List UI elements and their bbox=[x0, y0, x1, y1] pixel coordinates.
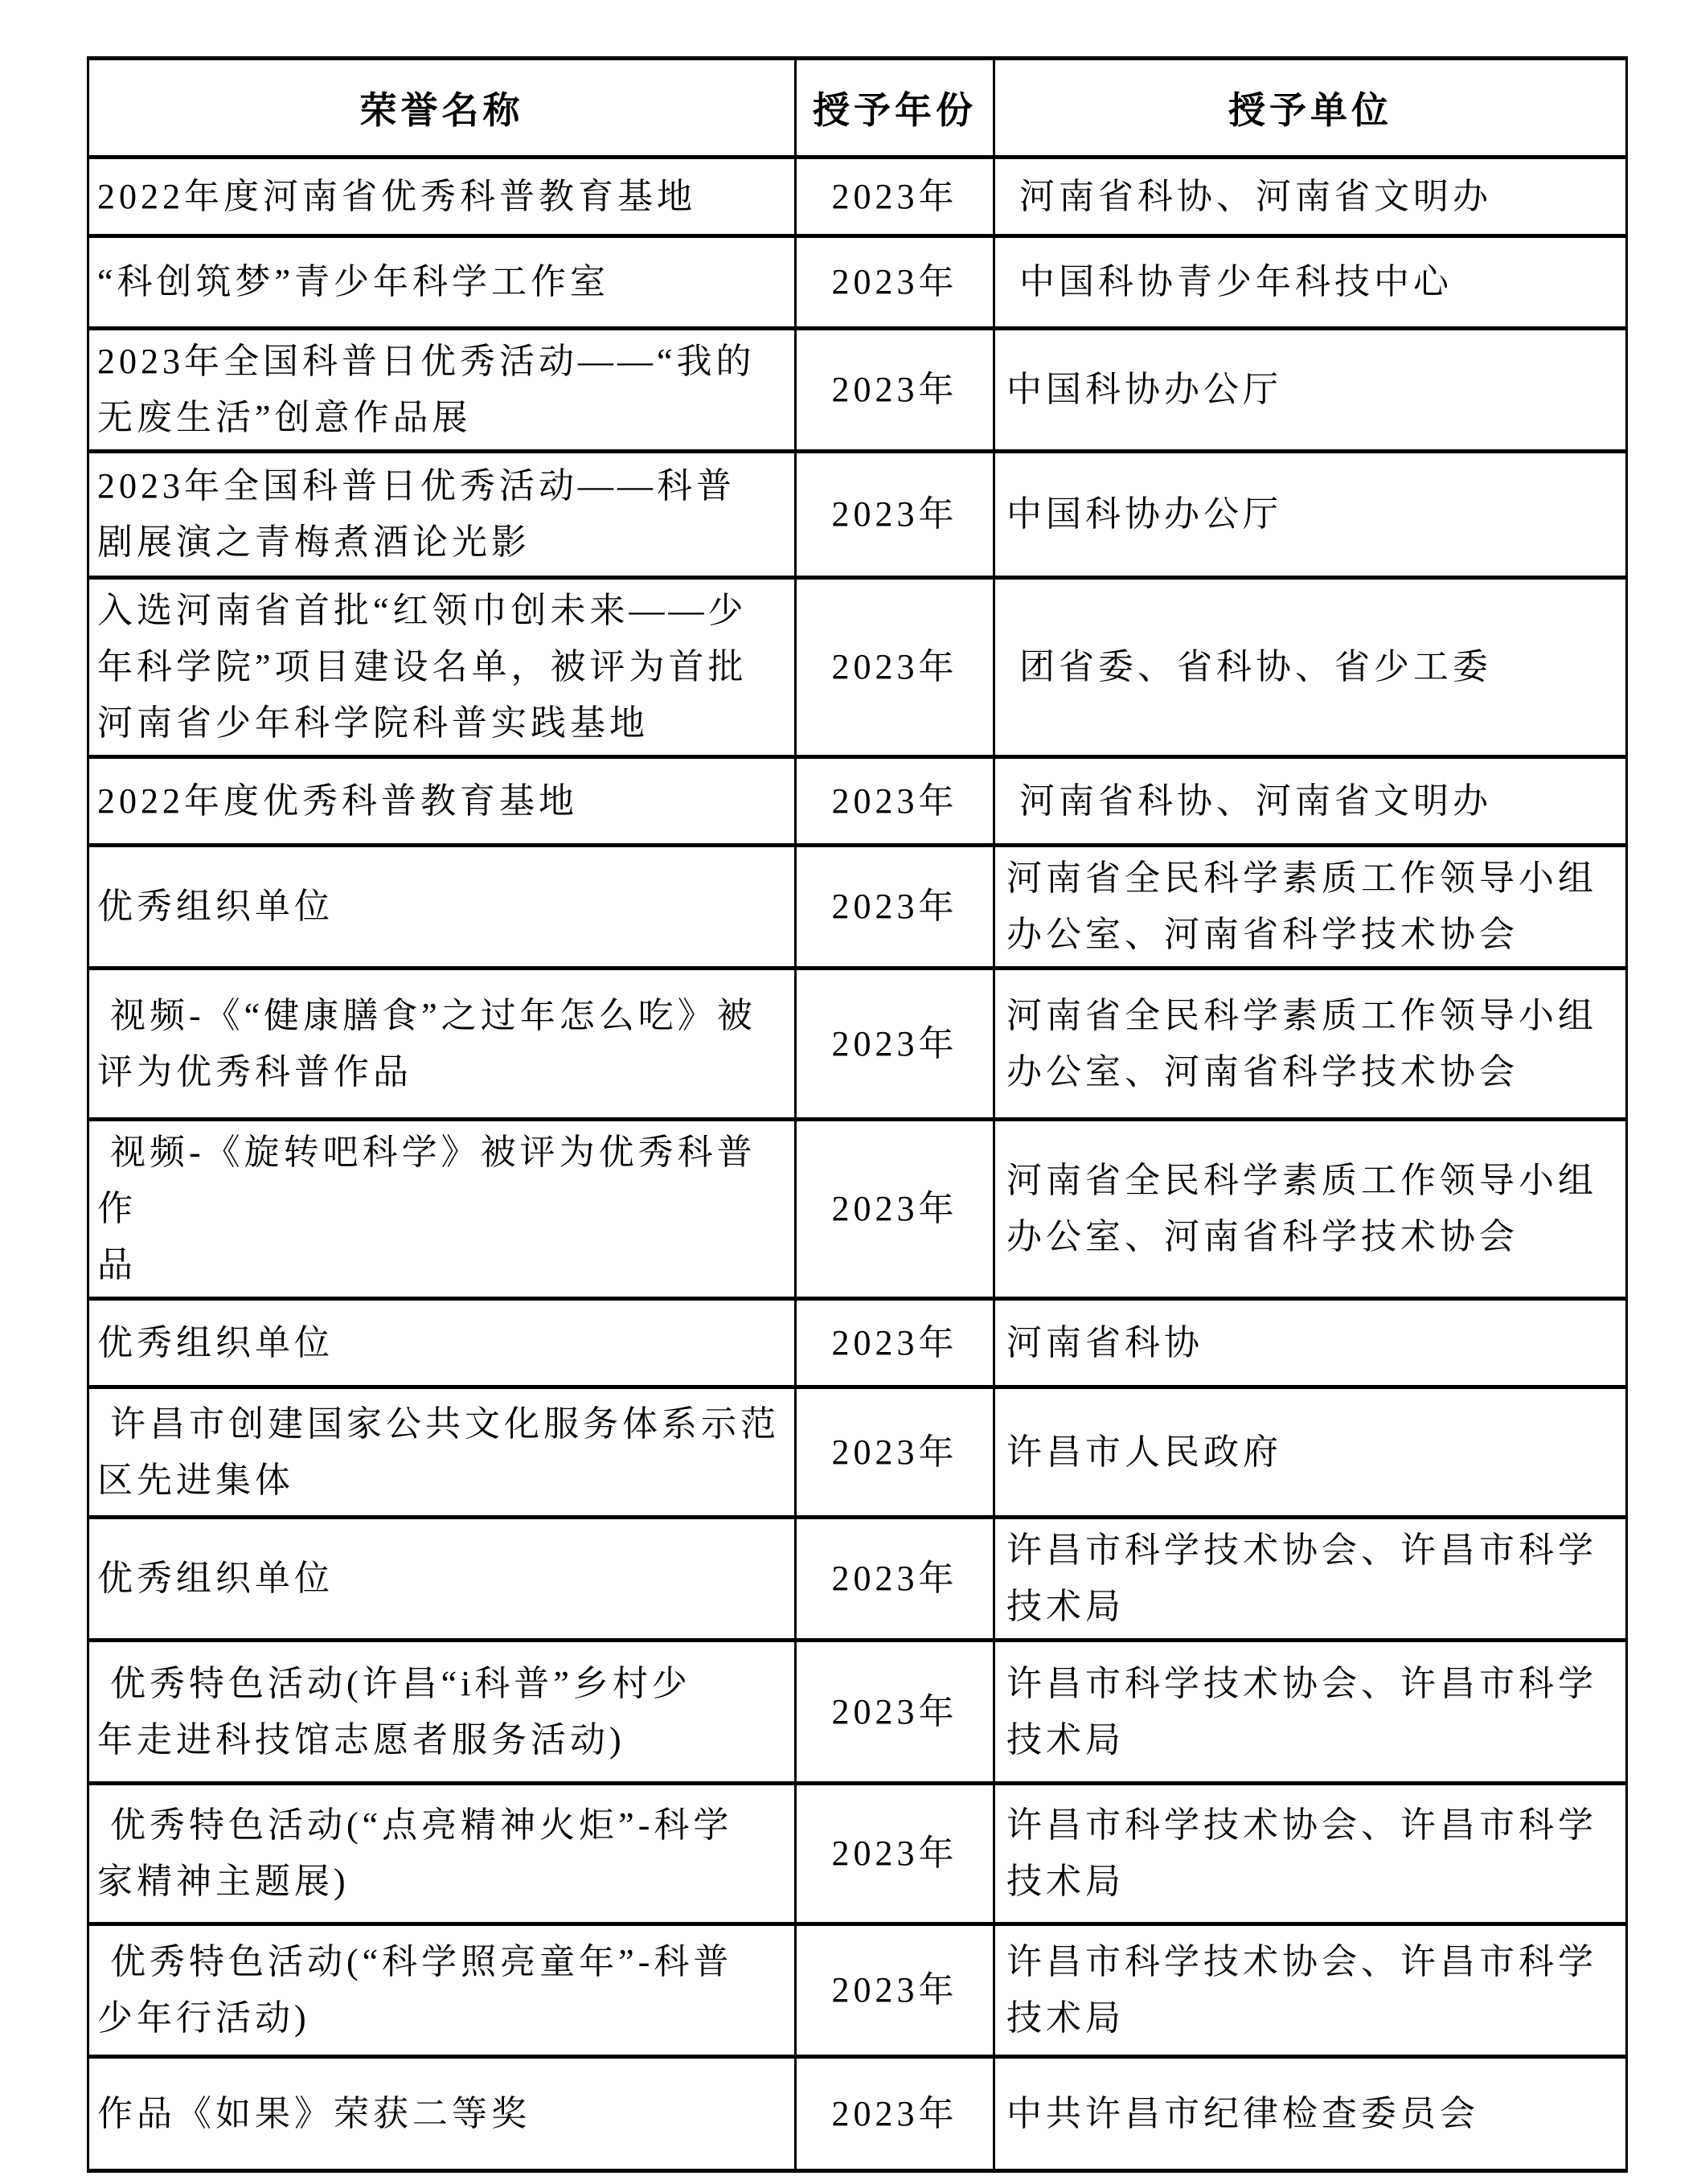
cell-honor-name: 优秀特色活动(“点亮精神火炬”-科学 家精神主题展) bbox=[88, 1784, 796, 1924]
cell-honor-name: 优秀特色活动(“科学照亮童年”-科普 少年行活动) bbox=[88, 1924, 796, 2057]
table-row: 许昌市创建国家公共文化服务体系示范 区先进集体2023年许昌市人民政府 bbox=[88, 1387, 1627, 1518]
document-page: 荣誉名称 授予年份 授予单位 2022年度河南省优秀科普教育基地2023年 河南… bbox=[0, 0, 1701, 2184]
cell-honor-name: 优秀组织单位 bbox=[88, 846, 796, 969]
header-honor-name: 荣誉名称 bbox=[88, 59, 796, 158]
cell-award-unit: 许昌市人民政府 bbox=[994, 1387, 1627, 1518]
table-row: 优秀组织单位2023年河南省全民科学素质工作领导小组 办公室、河南省科学技术协会 bbox=[88, 846, 1627, 969]
cell-honor-name: 2023年全国科普日优秀活动——“我的 无废生活”创意作品展 bbox=[88, 329, 796, 452]
table-row: 优秀组织单位2023年许昌市科学技术协会、许昌市科学 技术局 bbox=[88, 1518, 1627, 1641]
cell-award-unit: 许昌市科学技术协会、许昌市科学 技术局 bbox=[994, 1518, 1627, 1641]
cell-award-year: 2023年 bbox=[796, 1120, 994, 1299]
table-row: 2022年度河南省优秀科普教育基地2023年 河南省科协、河南省文明办 bbox=[88, 158, 1627, 236]
cell-honor-name: 优秀组织单位 bbox=[88, 1518, 796, 1641]
table-row: 2023年全国科普日优秀活动——“我的 无废生活”创意作品展2023年中国科协办… bbox=[88, 329, 1627, 452]
cell-award-unit: 河南省科协、河南省文明办 bbox=[994, 158, 1627, 236]
cell-award-year: 2023年 bbox=[796, 236, 994, 329]
cell-award-unit: 许昌市科学技术协会、许昌市科学 技术局 bbox=[994, 1924, 1627, 2057]
header-award-unit: 授予单位 bbox=[994, 59, 1627, 158]
cell-honor-name: 优秀组织单位 bbox=[88, 1299, 796, 1387]
cell-honor-name: 视频-《旋转吧科学》被评为优秀科普作 品 bbox=[88, 1120, 796, 1299]
cell-honor-name: 2023年全国科普日优秀活动——科普 剧展演之青梅煮酒论光影 bbox=[88, 452, 796, 578]
cell-award-year: 2023年 bbox=[796, 1784, 994, 1924]
honor-table-body: 2022年度河南省优秀科普教育基地2023年 河南省科协、河南省文明办“科创筑梦… bbox=[88, 158, 1627, 2171]
table-row: 视频-《“健康膳食”之过年怎么吃》被 评为优秀科普作品2023年河南省全民科学素… bbox=[88, 969, 1627, 1120]
cell-honor-name: 入选河南省首批“红领巾创未来——少 年科学院”项目建设名单，被评为首批 河南省少… bbox=[88, 578, 796, 757]
cell-award-year: 2023年 bbox=[796, 1641, 994, 1784]
cell-award-unit: 河南省科协、河南省文明办 bbox=[994, 757, 1627, 846]
cell-award-unit: 河南省科协 bbox=[994, 1299, 1627, 1387]
cell-award-year: 2023年 bbox=[796, 329, 994, 452]
cell-award-year: 2023年 bbox=[796, 2057, 994, 2171]
cell-award-year: 2023年 bbox=[796, 757, 994, 846]
table-row: 优秀特色活动(许昌“i科普”乡村少 年走进科技馆志愿者服务活动)2023年许昌市… bbox=[88, 1641, 1627, 1784]
cell-award-year: 2023年 bbox=[796, 846, 994, 969]
cell-honor-name: 2022年度优秀科普教育基地 bbox=[88, 757, 796, 846]
honor-table-container: 荣誉名称 授予年份 授予单位 2022年度河南省优秀科普教育基地2023年 河南… bbox=[87, 56, 1628, 2173]
cell-award-unit: 团省委、省科协、省少工委 bbox=[994, 578, 1627, 757]
cell-award-year: 2023年 bbox=[796, 158, 994, 236]
cell-award-unit: 河南省全民科学素质工作领导小组 办公室、河南省科学技术协会 bbox=[994, 969, 1627, 1120]
table-row: 作品《如果》荣获二等奖2023年中共许昌市纪律检查委员会 bbox=[88, 2057, 1627, 2171]
table-row: “科创筑梦”青少年科学工作室2023年 中国科协青少年科技中心 bbox=[88, 236, 1627, 329]
table-row: 2023年全国科普日优秀活动——科普 剧展演之青梅煮酒论光影2023年中国科协办… bbox=[88, 452, 1627, 578]
cell-award-year: 2023年 bbox=[796, 969, 994, 1120]
cell-award-year: 2023年 bbox=[796, 1387, 994, 1518]
cell-honor-name: 优秀特色活动(许昌“i科普”乡村少 年走进科技馆志愿者服务活动) bbox=[88, 1641, 796, 1784]
table-row: 2022年度优秀科普教育基地2023年 河南省科协、河南省文明办 bbox=[88, 757, 1627, 846]
cell-honor-name: 作品《如果》荣获二等奖 bbox=[88, 2057, 796, 2171]
table-row: 优秀特色活动(“科学照亮童年”-科普 少年行活动)2023年许昌市科学技术协会、… bbox=[88, 1924, 1627, 2057]
cell-award-year: 2023年 bbox=[796, 1924, 994, 2057]
table-row: 优秀特色活动(“点亮精神火炬”-科学 家精神主题展)2023年许昌市科学技术协会… bbox=[88, 1784, 1627, 1924]
cell-award-unit: 许昌市科学技术协会、许昌市科学 技术局 bbox=[994, 1641, 1627, 1784]
table-row: 入选河南省首批“红领巾创未来——少 年科学院”项目建设名单，被评为首批 河南省少… bbox=[88, 578, 1627, 757]
table-row: 视频-《旋转吧科学》被评为优秀科普作 品2023年河南省全民科学素质工作领导小组… bbox=[88, 1120, 1627, 1299]
table-row: 优秀组织单位2023年河南省科协 bbox=[88, 1299, 1627, 1387]
header-row: 荣誉名称 授予年份 授予单位 bbox=[88, 59, 1627, 158]
cell-award-unit: 中共许昌市纪律检查委员会 bbox=[994, 2057, 1627, 2171]
cell-award-unit: 河南省全民科学素质工作领导小组 办公室、河南省科学技术协会 bbox=[994, 1120, 1627, 1299]
cell-award-year: 2023年 bbox=[796, 578, 994, 757]
honor-table: 荣誉名称 授予年份 授予单位 2022年度河南省优秀科普教育基地2023年 河南… bbox=[87, 56, 1628, 2173]
cell-award-unit: 中国科协青少年科技中心 bbox=[994, 236, 1627, 329]
cell-award-unit: 许昌市科学技术协会、许昌市科学 技术局 bbox=[994, 1784, 1627, 1924]
cell-honor-name: “科创筑梦”青少年科学工作室 bbox=[88, 236, 796, 329]
cell-award-year: 2023年 bbox=[796, 452, 994, 578]
header-award-year: 授予年份 bbox=[796, 59, 994, 158]
cell-award-unit: 中国科协办公厅 bbox=[994, 452, 1627, 578]
cell-award-year: 2023年 bbox=[796, 1518, 994, 1641]
honor-table-head: 荣誉名称 授予年份 授予单位 bbox=[88, 59, 1627, 158]
cell-award-unit: 中国科协办公厅 bbox=[994, 329, 1627, 452]
cell-honor-name: 2022年度河南省优秀科普教育基地 bbox=[88, 158, 796, 236]
cell-honor-name: 视频-《“健康膳食”之过年怎么吃》被 评为优秀科普作品 bbox=[88, 969, 796, 1120]
cell-award-unit: 河南省全民科学素质工作领导小组 办公室、河南省科学技术协会 bbox=[994, 846, 1627, 969]
cell-award-year: 2023年 bbox=[796, 1299, 994, 1387]
cell-honor-name: 许昌市创建国家公共文化服务体系示范 区先进集体 bbox=[88, 1387, 796, 1518]
